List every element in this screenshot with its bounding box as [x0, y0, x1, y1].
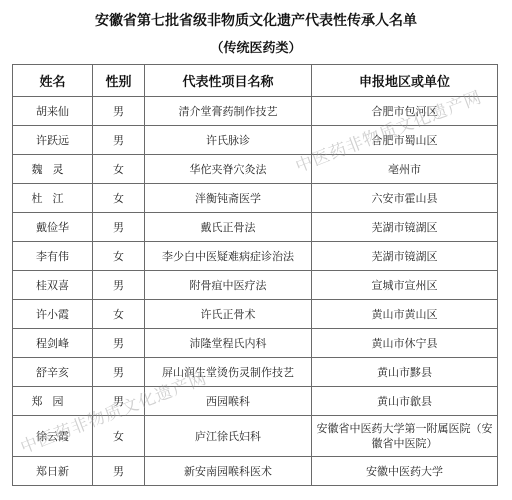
cell-project: 附骨疽中医疗法 — [145, 271, 312, 300]
document-subtitle: （传统医药类） — [0, 39, 512, 59]
cell-unit: 安徽省中医药大学第一附属医院（安徽省中医院） — [312, 416, 498, 457]
table-header-row: 姓名 性别 代表性项目名称 申报地区或单位 — [13, 65, 498, 97]
table-row: 胡来仙 男 清介堂膏药制作技艺 合肥市包河区 — [13, 97, 498, 126]
header-gender: 性别 — [93, 65, 145, 97]
cell-gender: 男 — [93, 387, 145, 416]
cell-unit: 六安市霍山县 — [312, 184, 498, 213]
cell-gender: 男 — [93, 271, 145, 300]
table-row: 舒辛亥 男 屏山润生堂烫伤灵制作技艺 黄山市黟县 — [13, 358, 498, 387]
cell-gender: 男 — [93, 97, 145, 126]
cell-project: 清介堂膏药制作技艺 — [145, 97, 312, 126]
table-row: 魏灵 女 华佗夹脊穴灸法 亳州市 — [13, 155, 498, 184]
cell-gender: 女 — [93, 184, 145, 213]
cell-unit: 黄山市歙县 — [312, 387, 498, 416]
table-row: 李有伟 女 李少白中医疑难病症诊治法 芜湖市镜湖区 — [13, 242, 498, 271]
cell-unit: 芜湖市镜湖区 — [312, 242, 498, 271]
cell-project: 泮衡钝斋医学 — [145, 184, 312, 213]
table-row: 程剑峰 男 沛隆堂程氏内科 黄山市休宁县 — [13, 329, 498, 358]
cell-gender: 女 — [93, 416, 145, 457]
cell-name: 胡来仙 — [13, 97, 93, 126]
cell-gender: 男 — [93, 329, 145, 358]
cell-project: 许氏正骨术 — [145, 300, 312, 329]
cell-project: 新安南园喉科医术 — [145, 457, 312, 486]
cell-name: 郑园 — [13, 387, 93, 416]
inheritors-table: 姓名 性别 代表性项目名称 申报地区或单位 胡来仙 男 清介堂膏药制作技艺 合肥… — [12, 64, 498, 486]
table-row: 戴俭华 男 戴氏正骨法 芜湖市镜湖区 — [13, 213, 498, 242]
cell-gender: 女 — [93, 155, 145, 184]
cell-name: 许跃远 — [13, 126, 93, 155]
cell-name: 李有伟 — [13, 242, 93, 271]
cell-name: 杜江 — [13, 184, 93, 213]
cell-name: 桂双喜 — [13, 271, 93, 300]
cell-unit: 安徽中医药大学 — [312, 457, 498, 486]
cell-project: 沛隆堂程氏内科 — [145, 329, 312, 358]
cell-gender: 男 — [93, 457, 145, 486]
cell-unit: 芜湖市镜湖区 — [312, 213, 498, 242]
cell-gender: 男 — [93, 126, 145, 155]
cell-unit: 合肥市包河区 — [312, 97, 498, 126]
cell-unit: 宣城市宣州区 — [312, 271, 498, 300]
cell-project: 庐江徐氏妇科 — [145, 416, 312, 457]
cell-unit: 亳州市 — [312, 155, 498, 184]
cell-gender: 男 — [93, 213, 145, 242]
cell-unit: 合肥市蜀山区 — [312, 126, 498, 155]
cell-name: 徐云霞 — [13, 416, 93, 457]
table-row: 徐云霞 女 庐江徐氏妇科 安徽省中医药大学第一附属医院（安徽省中医院） — [13, 416, 498, 457]
table-row: 郑园 男 西园喉科 黄山市歙县 — [13, 387, 498, 416]
cell-unit: 黄山市休宁县 — [312, 329, 498, 358]
cell-gender: 女 — [93, 300, 145, 329]
cell-name: 许小霞 — [13, 300, 93, 329]
cell-name: 郑日新 — [13, 457, 93, 486]
cell-name: 舒辛亥 — [13, 358, 93, 387]
table-row: 许小霞 女 许氏正骨术 黄山市黄山区 — [13, 300, 498, 329]
cell-gender: 男 — [93, 358, 145, 387]
header-unit: 申报地区或单位 — [312, 65, 498, 97]
table-row: 许跃远 男 许氏脉诊 合肥市蜀山区 — [13, 126, 498, 155]
header-name: 姓名 — [13, 65, 93, 97]
cell-project: 西园喉科 — [145, 387, 312, 416]
cell-unit: 黄山市黟县 — [312, 358, 498, 387]
cell-name: 魏灵 — [13, 155, 93, 184]
cell-project: 华佗夹脊穴灸法 — [145, 155, 312, 184]
table-row: 杜江 女 泮衡钝斋医学 六安市霍山县 — [13, 184, 498, 213]
cell-project: 屏山润生堂烫伤灵制作技艺 — [145, 358, 312, 387]
header-project: 代表性项目名称 — [145, 65, 312, 97]
table-row: 郑日新 男 新安南园喉科医术 安徽中医药大学 — [13, 457, 498, 486]
cell-name: 程剑峰 — [13, 329, 93, 358]
cell-unit: 黄山市黄山区 — [312, 300, 498, 329]
document-title: 安徽省第七批省级非物质文化遗产代表性传承人名单 — [0, 11, 512, 31]
cell-project: 戴氏正骨法 — [145, 213, 312, 242]
cell-gender: 女 — [93, 242, 145, 271]
table-row: 桂双喜 男 附骨疽中医疗法 宣城市宣州区 — [13, 271, 498, 300]
cell-name: 戴俭华 — [13, 213, 93, 242]
cell-project: 李少白中医疑难病症诊治法 — [145, 242, 312, 271]
cell-project: 许氏脉诊 — [145, 126, 312, 155]
